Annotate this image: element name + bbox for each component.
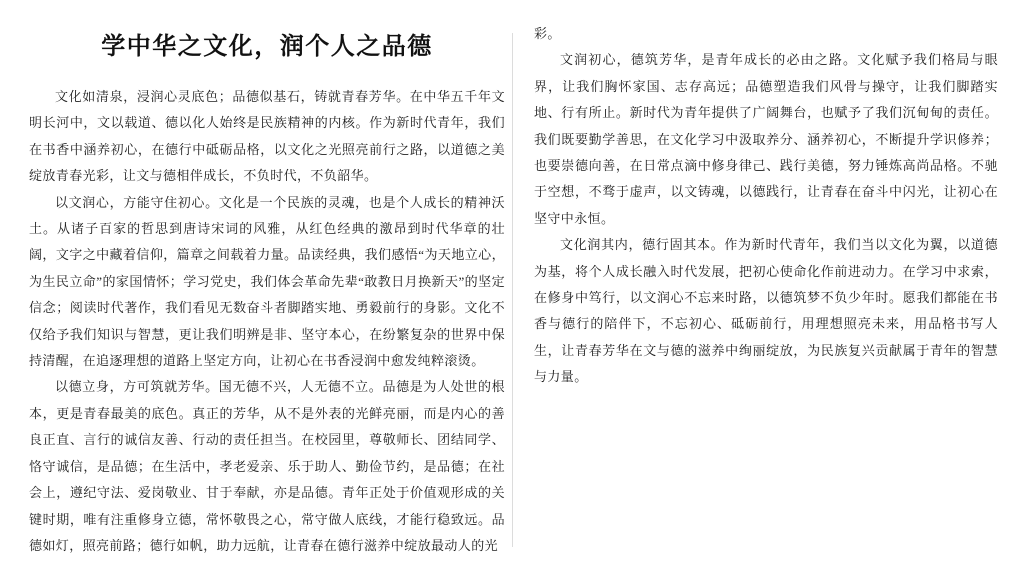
paragraph-3-continuation: 彩。	[534, 21, 998, 47]
column-divider	[512, 33, 513, 547]
paragraph-5: 文化润其内，德行固其本。作为新时代青年，我们当以文化为翼，以道德为基，将个人成长…	[534, 232, 998, 390]
paragraph-3: 以德立身，方可筑就芳华。国无德不兴，人无德不立。品德是为人处世的根本，更是青春最…	[29, 374, 505, 559]
paragraph-2: 以文润心，方能守住初心。文化是一个民族的灵魂，也是个人成长的精神沃土。从诸子百家…	[29, 190, 505, 375]
paragraph-1: 文化如清泉，浸润心灵底色；品德似基石，铸就青春芳华。在中华五千年文明长河中，文以…	[29, 84, 505, 190]
document-title: 学中华之文化，润个人之品德	[29, 32, 505, 62]
left-column: 学中华之文化，润个人之品德 文化如清泉，浸润心灵底色；品德似基石，铸就青春芳华。…	[29, 28, 505, 559]
document-page: 学中华之文化，润个人之品德 文化如清泉，浸润心灵底色；品德似基石，铸就青春芳华。…	[0, 0, 1024, 574]
right-column: 彩。 文润初心，德筑芳华，是青年成长的必由之路。文化赋予我们格局与眼界，让我们胸…	[534, 21, 998, 391]
paragraph-4: 文润初心，德筑芳华，是青年成长的必由之路。文化赋予我们格局与眼界，让我们胸怀家国…	[534, 47, 998, 232]
